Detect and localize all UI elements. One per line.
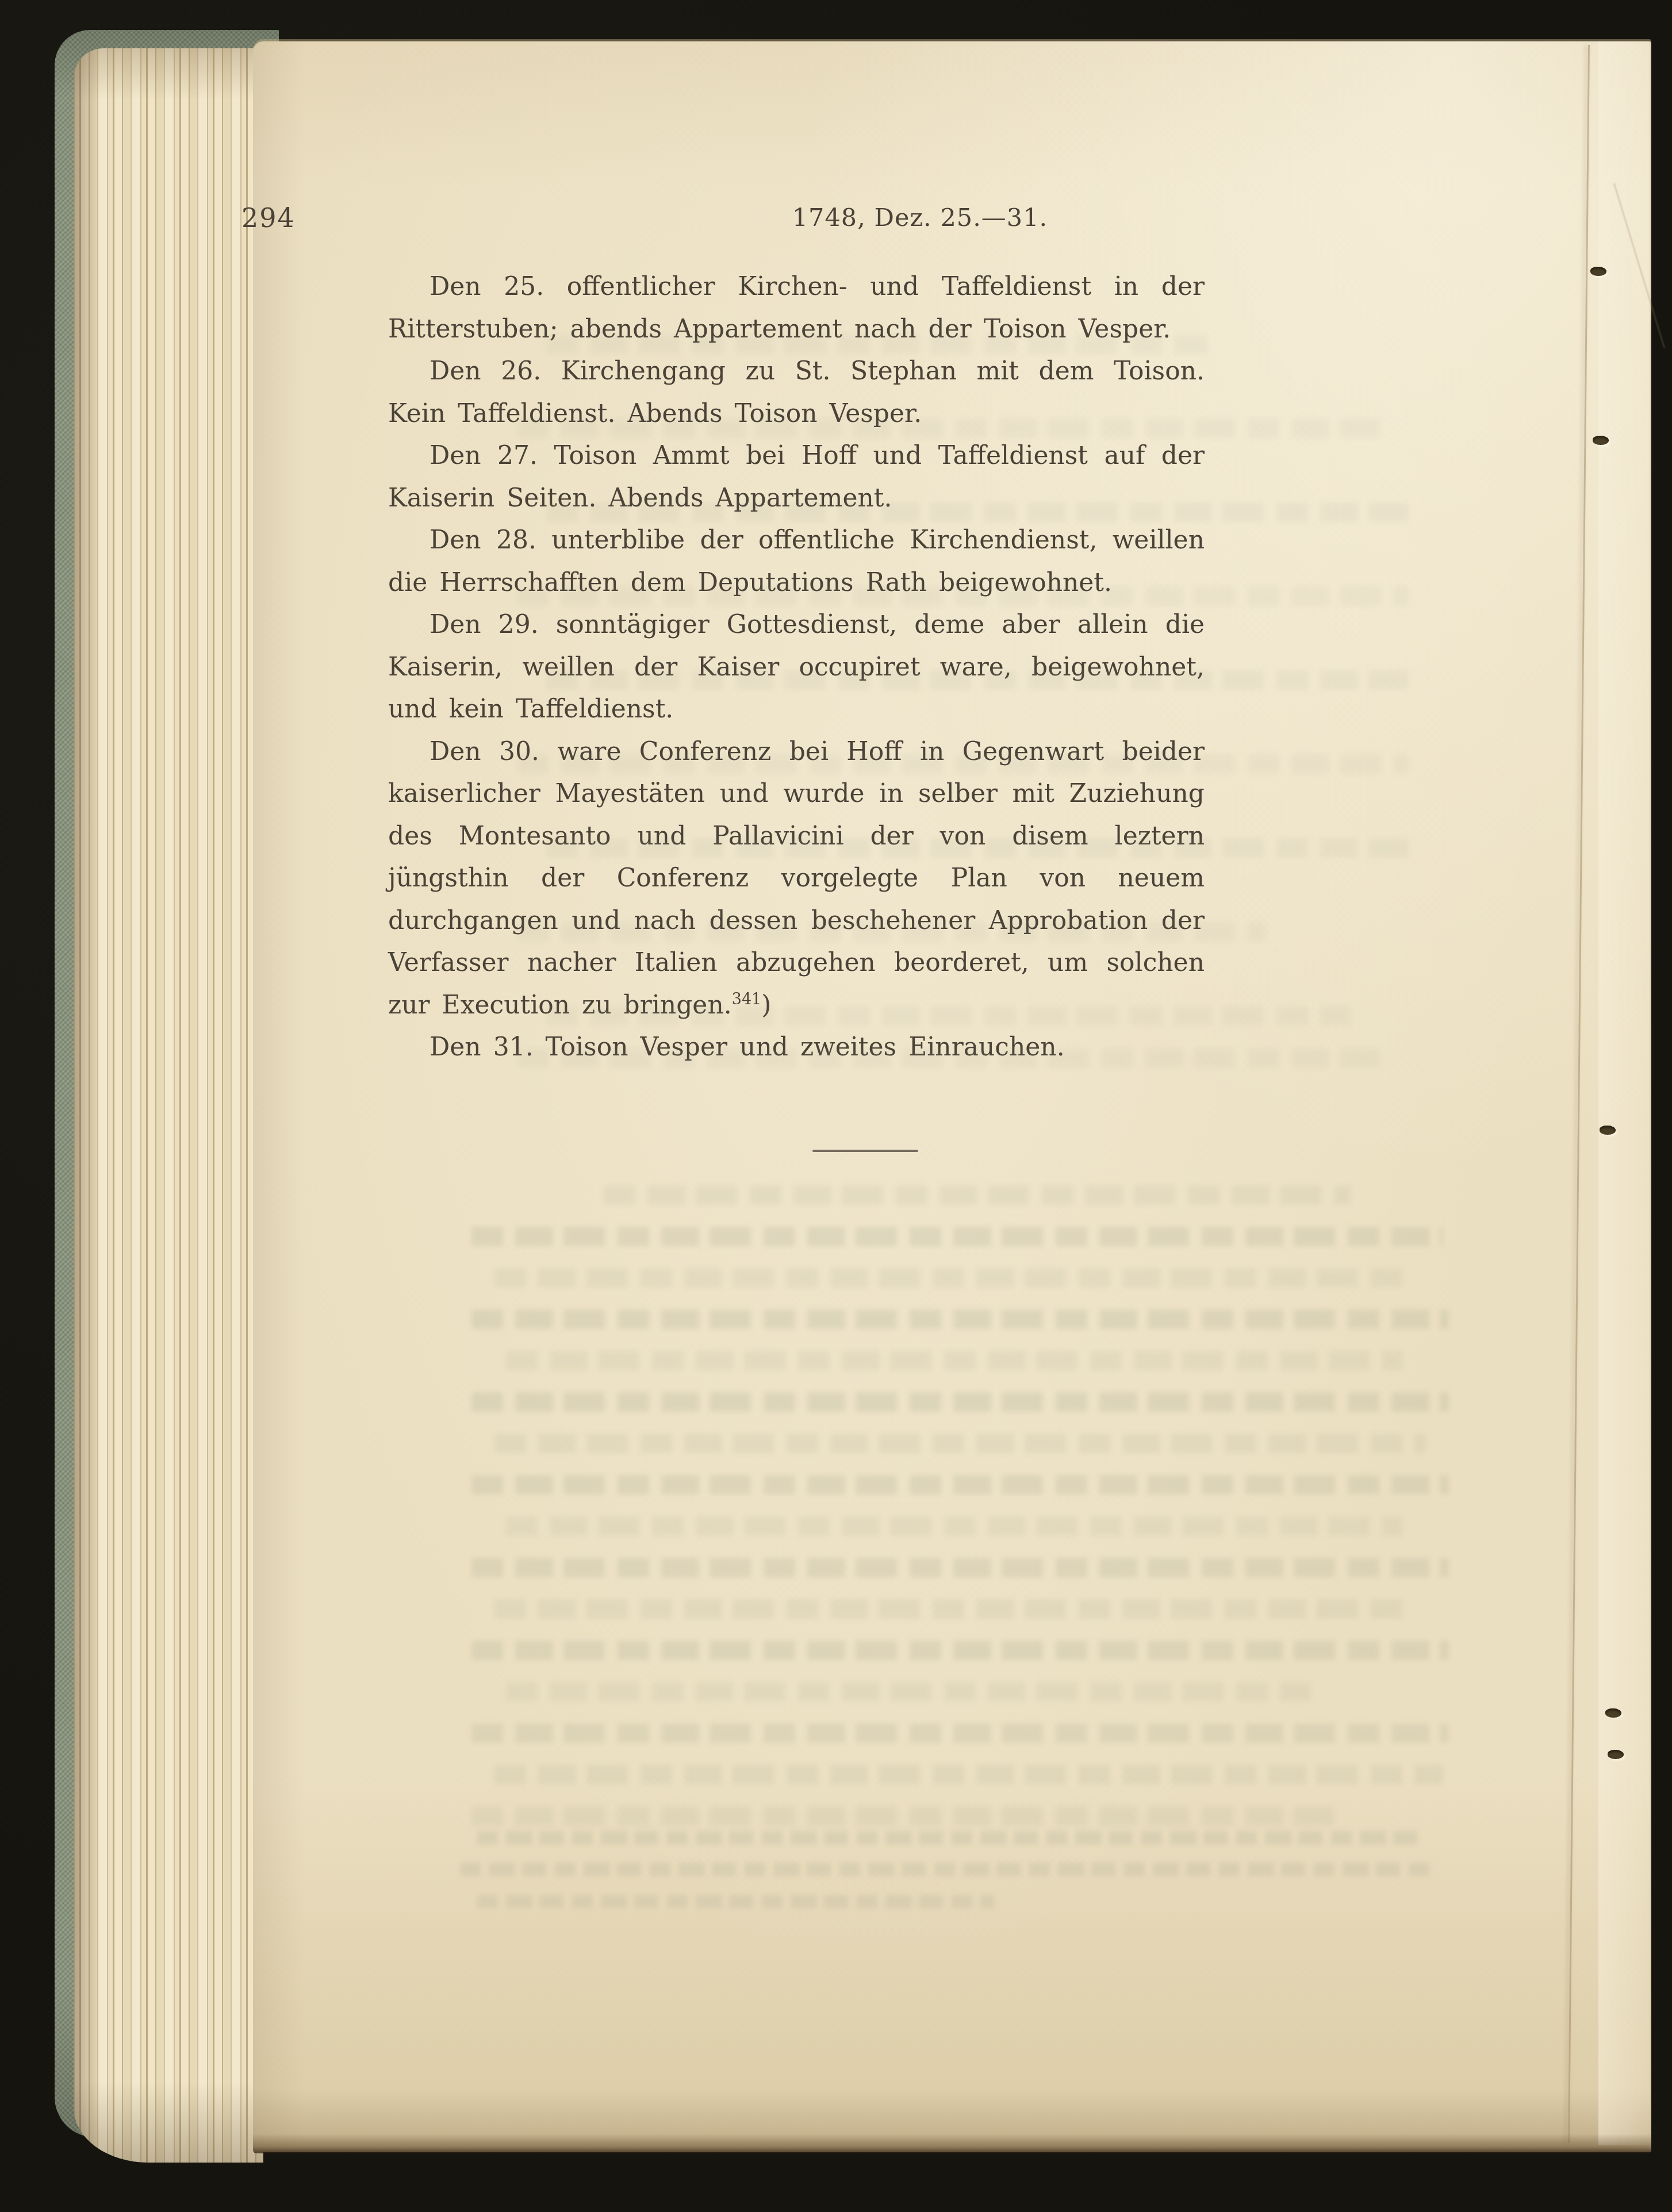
bleed-through-line [471, 1558, 1449, 1577]
running-title: 1748, Dez. 25.—31. [719, 203, 1121, 232]
binding-hole [1600, 1126, 1616, 1135]
bleed-through-line [494, 1765, 1443, 1784]
bleed-through-line [546, 670, 1409, 690]
page-number: 294 [241, 202, 296, 233]
bleed-through-line [506, 1516, 1403, 1536]
bleed-through-line [604, 1185, 1351, 1205]
bleed-through-line [506, 1682, 1311, 1702]
body-paragraph: Den 30. ware Conferenz bei Hoff in Gegen… [388, 731, 1205, 1027]
bleed-through-line [506, 1351, 1403, 1370]
bleed-through-line [471, 1309, 1449, 1329]
bleed-through-line [517, 754, 1409, 774]
bleed-through-line [517, 922, 1265, 942]
bleed-through-line [546, 838, 1409, 858]
bleed-through-line [517, 1049, 1380, 1068]
bleed-through-line [494, 1268, 1414, 1288]
page-stack-fore-edge [74, 48, 263, 2163]
bleed-through-line [546, 1006, 1351, 1026]
body-text-block: Den 25. offentlicher Kirchen- und Taffel… [388, 266, 1205, 1069]
bleed-through-line [546, 502, 1409, 522]
photo-background: { "page": { "number": "294", "running_ti… [0, 0, 1672, 2212]
body-paragraph: Den 29. sonntägiger Gottesdienst, deme a… [388, 604, 1205, 731]
binding-hole [1608, 1750, 1624, 1759]
binding-hole [1590, 267, 1606, 276]
bleed-through-line [494, 1434, 1426, 1453]
bleed-through-line [477, 1895, 995, 1908]
bleed-through-line [471, 1475, 1449, 1495]
binding-hole [1605, 1708, 1621, 1718]
gutter-margin-strip [1598, 41, 1651, 2145]
binding-hole [1593, 436, 1609, 445]
bleed-through-line [517, 586, 1409, 606]
bleed-through-line [471, 1723, 1449, 1743]
bleed-through-line [517, 418, 1380, 438]
bleed-through-line [477, 1831, 1426, 1845]
bleed-through-line [471, 1806, 1334, 1826]
bleed-through-line [546, 335, 1207, 354]
bleed-through-line [471, 1641, 1449, 1660]
book-page: 294 1748, Dez. 25.—31. Den 25. offentlic… [253, 41, 1651, 2152]
section-divider-rule [812, 1150, 918, 1152]
bleed-through-line [494, 1599, 1414, 1619]
page-crease [1568, 45, 1590, 2143]
bleed-through-line [460, 1862, 1437, 1876]
bleed-through-line [471, 1227, 1443, 1246]
bleed-through-line [471, 1392, 1449, 1412]
